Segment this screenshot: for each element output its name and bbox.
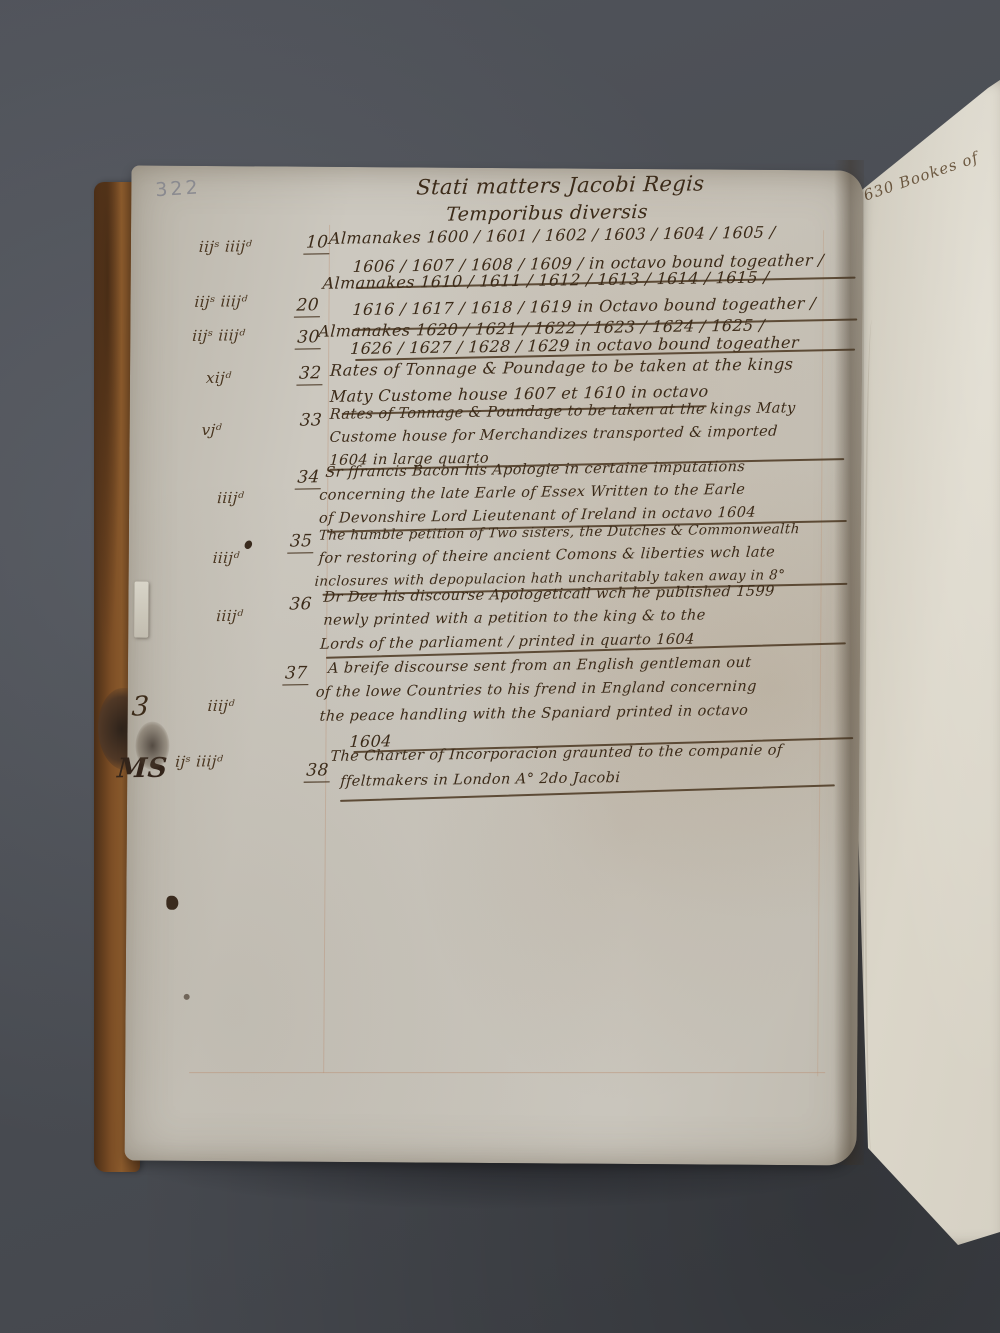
- entry-number: 32: [296, 363, 324, 385]
- entry-line: Almanakes 1600 / 1601 / 1602 / 1603 / 16…: [328, 223, 776, 248]
- paper-repair-tab: [134, 581, 148, 637]
- entry-price: iiijᵈ: [216, 607, 244, 625]
- fore-edge-line: [864, 320, 880, 1160]
- margin-rule-right: [817, 230, 824, 1076]
- entry-price: ijˢ iiijᵈ: [175, 752, 224, 771]
- margin-rule-bottom: [189, 1072, 825, 1073]
- quire-mark: 3: [131, 691, 150, 722]
- entry-price: iiijᵈ: [207, 697, 235, 715]
- entry-price: xijᵈ: [205, 369, 232, 387]
- entry-line: for restoring of theire ancient Comons &…: [318, 544, 775, 566]
- page-number-pencil: 322: [155, 176, 202, 201]
- entry-line: newly printed with a petition to the kin…: [323, 607, 706, 628]
- entry-line: The Charter of Incorporacion graunted to…: [330, 743, 783, 765]
- entry-price: iijˢ iiijᵈ: [194, 292, 248, 311]
- entry-number: 34: [295, 467, 323, 489]
- entry-line: A breife discourse sent from an English …: [328, 655, 752, 677]
- ink-fleck: [184, 994, 190, 1000]
- gutter-shadow: [834, 160, 864, 1165]
- entry-number: 30: [295, 327, 323, 349]
- ink-fleck: [243, 539, 254, 550]
- entry-number: 33: [297, 410, 325, 431]
- entry-number: 36: [287, 594, 315, 615]
- entry-price: vjᵈ: [201, 421, 222, 439]
- entry-line: concerning the late Earle of Essex Writt…: [319, 482, 746, 504]
- entry-number: 38: [304, 760, 332, 782]
- manuscript-page: 322 Stati matters Jacobi Regis Temporibu…: [125, 165, 864, 1165]
- entry-line: Custome house for Merchandizes transport…: [329, 424, 778, 446]
- stain-blotch: [135, 721, 169, 769]
- entry-price: iiijᵈ: [212, 549, 240, 567]
- ink-fleck: [166, 896, 178, 910]
- entry-number: 20: [294, 295, 322, 317]
- entry-number: 35: [287, 531, 315, 553]
- entry-price: iiijᵈ: [217, 489, 245, 507]
- entry-line: the peace handling with the Spaniard pri…: [319, 703, 749, 725]
- entry-line: of the lowe Countries to his frend in En…: [315, 679, 757, 701]
- entry-line: ffeltmakers in London A° 2do Jacobi: [340, 770, 621, 790]
- entry-number: 37: [282, 663, 310, 685]
- page-title: Stati matters Jacobi Regis: [416, 171, 705, 199]
- entry-number: 10: [303, 232, 331, 254]
- page-subtitle: Temporibus diversis: [446, 201, 649, 226]
- entry-price: iijˢ iiijᵈ: [192, 326, 246, 345]
- entry-price: iijˢ iiijᵈ: [198, 237, 252, 256]
